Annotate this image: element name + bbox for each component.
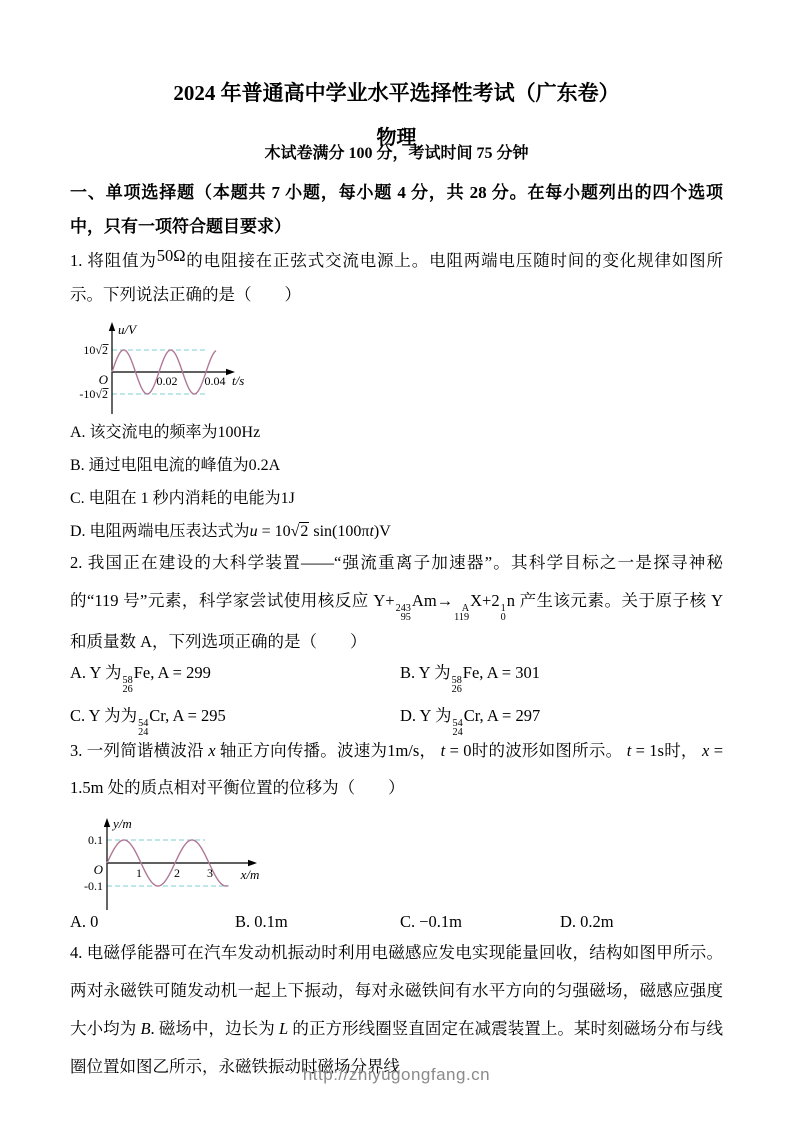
exam-info: 木试卷满分 100 分，考试时间 75 分钟 [70, 140, 723, 168]
question-2-options: A. Y 为5826Fe, A = 299 B. Y 为5826Fe, A = … [70, 652, 723, 738]
question-3-text: 3. 一列简谐横波沿 x 轴正方向传播。波速为1m/s， t = 0时的波形如图… [70, 732, 723, 806]
q3-ytick-bottom: -0.1 [84, 879, 103, 893]
q1-xlabel: t/s [232, 373, 244, 388]
q1-option-c: C. 电阻在 1 秒内消耗的电能为1J [70, 482, 723, 515]
q3-xtick-3: 3 [207, 866, 213, 880]
q3-wave-snapshot-chart: y/m 0.1 -0.1 O 1 2 3 x/m [77, 818, 307, 914]
footer-watermark-url: http://zhiyugongfang.cn [70, 1062, 723, 1088]
q1-option-a: A. 该交流电的频率为100Hz [70, 416, 723, 449]
q2-option-b: B. Y 为5826Fe, A = 301 [400, 652, 723, 695]
q1-option-b: B. 通过电阻电流的峰值为0.2A [70, 449, 723, 482]
q1-ytick-bottom: -10√2 [79, 387, 108, 401]
question-1-text: 1. 将阻值为50Ω的电阻接在正弦式交流电源上。电阻两端电压随时间的变化规律如图… [70, 244, 723, 312]
question-1-options: A. 该交流电的频率为100Hz B. 通过电阻电流的峰值为0.2A C. 电阻… [70, 416, 723, 548]
q1-voltage-time-chart: u/V 10√2 -10√2 O 0.02 0.04 t/s [70, 322, 300, 418]
q1-ytick-top: 10√2 [83, 343, 108, 357]
q1-origin-label: O [99, 372, 109, 387]
q3-waveform-figure: y/m 0.1 -0.1 O 1 2 3 x/m [77, 818, 307, 919]
section-one-heading: 一、单项选择题（本题共 7 小题，每小题 4 分，共 28 分。在每小题列出的四… [70, 176, 723, 244]
page-title: 2024 年普通高中学业水平选择性考试（广东卷） [70, 78, 723, 108]
q1-y-axis-arrow-icon [109, 322, 115, 331]
question-2-text: 2. 我国正在建设的大科学装置——“强流重离子加速器”。其科学目标之一是探寻神秘… [70, 544, 723, 661]
q3-x-axis-arrow-icon [248, 860, 257, 866]
q3-xtick-1: 1 [136, 866, 142, 880]
q3-ytick-top: 0.1 [88, 833, 103, 847]
q1-xtick-002: 0.02 [157, 374, 178, 388]
q3-xlabel: x/m [240, 867, 260, 882]
q1-xtick-004: 0.04 [205, 374, 226, 388]
q2-option-a: A. Y 为5826Fe, A = 299 [70, 652, 400, 695]
q3-xtick-2: 2 [174, 866, 180, 880]
q1-waveform-figure: u/V 10√2 -10√2 O 0.02 0.04 t/s [70, 322, 300, 423]
q1-ylabel: u/V [118, 322, 138, 337]
q3-origin-label: O [94, 862, 104, 877]
q3-ylabel: y/m [111, 818, 132, 831]
q3-y-axis-arrow-icon [104, 818, 110, 827]
